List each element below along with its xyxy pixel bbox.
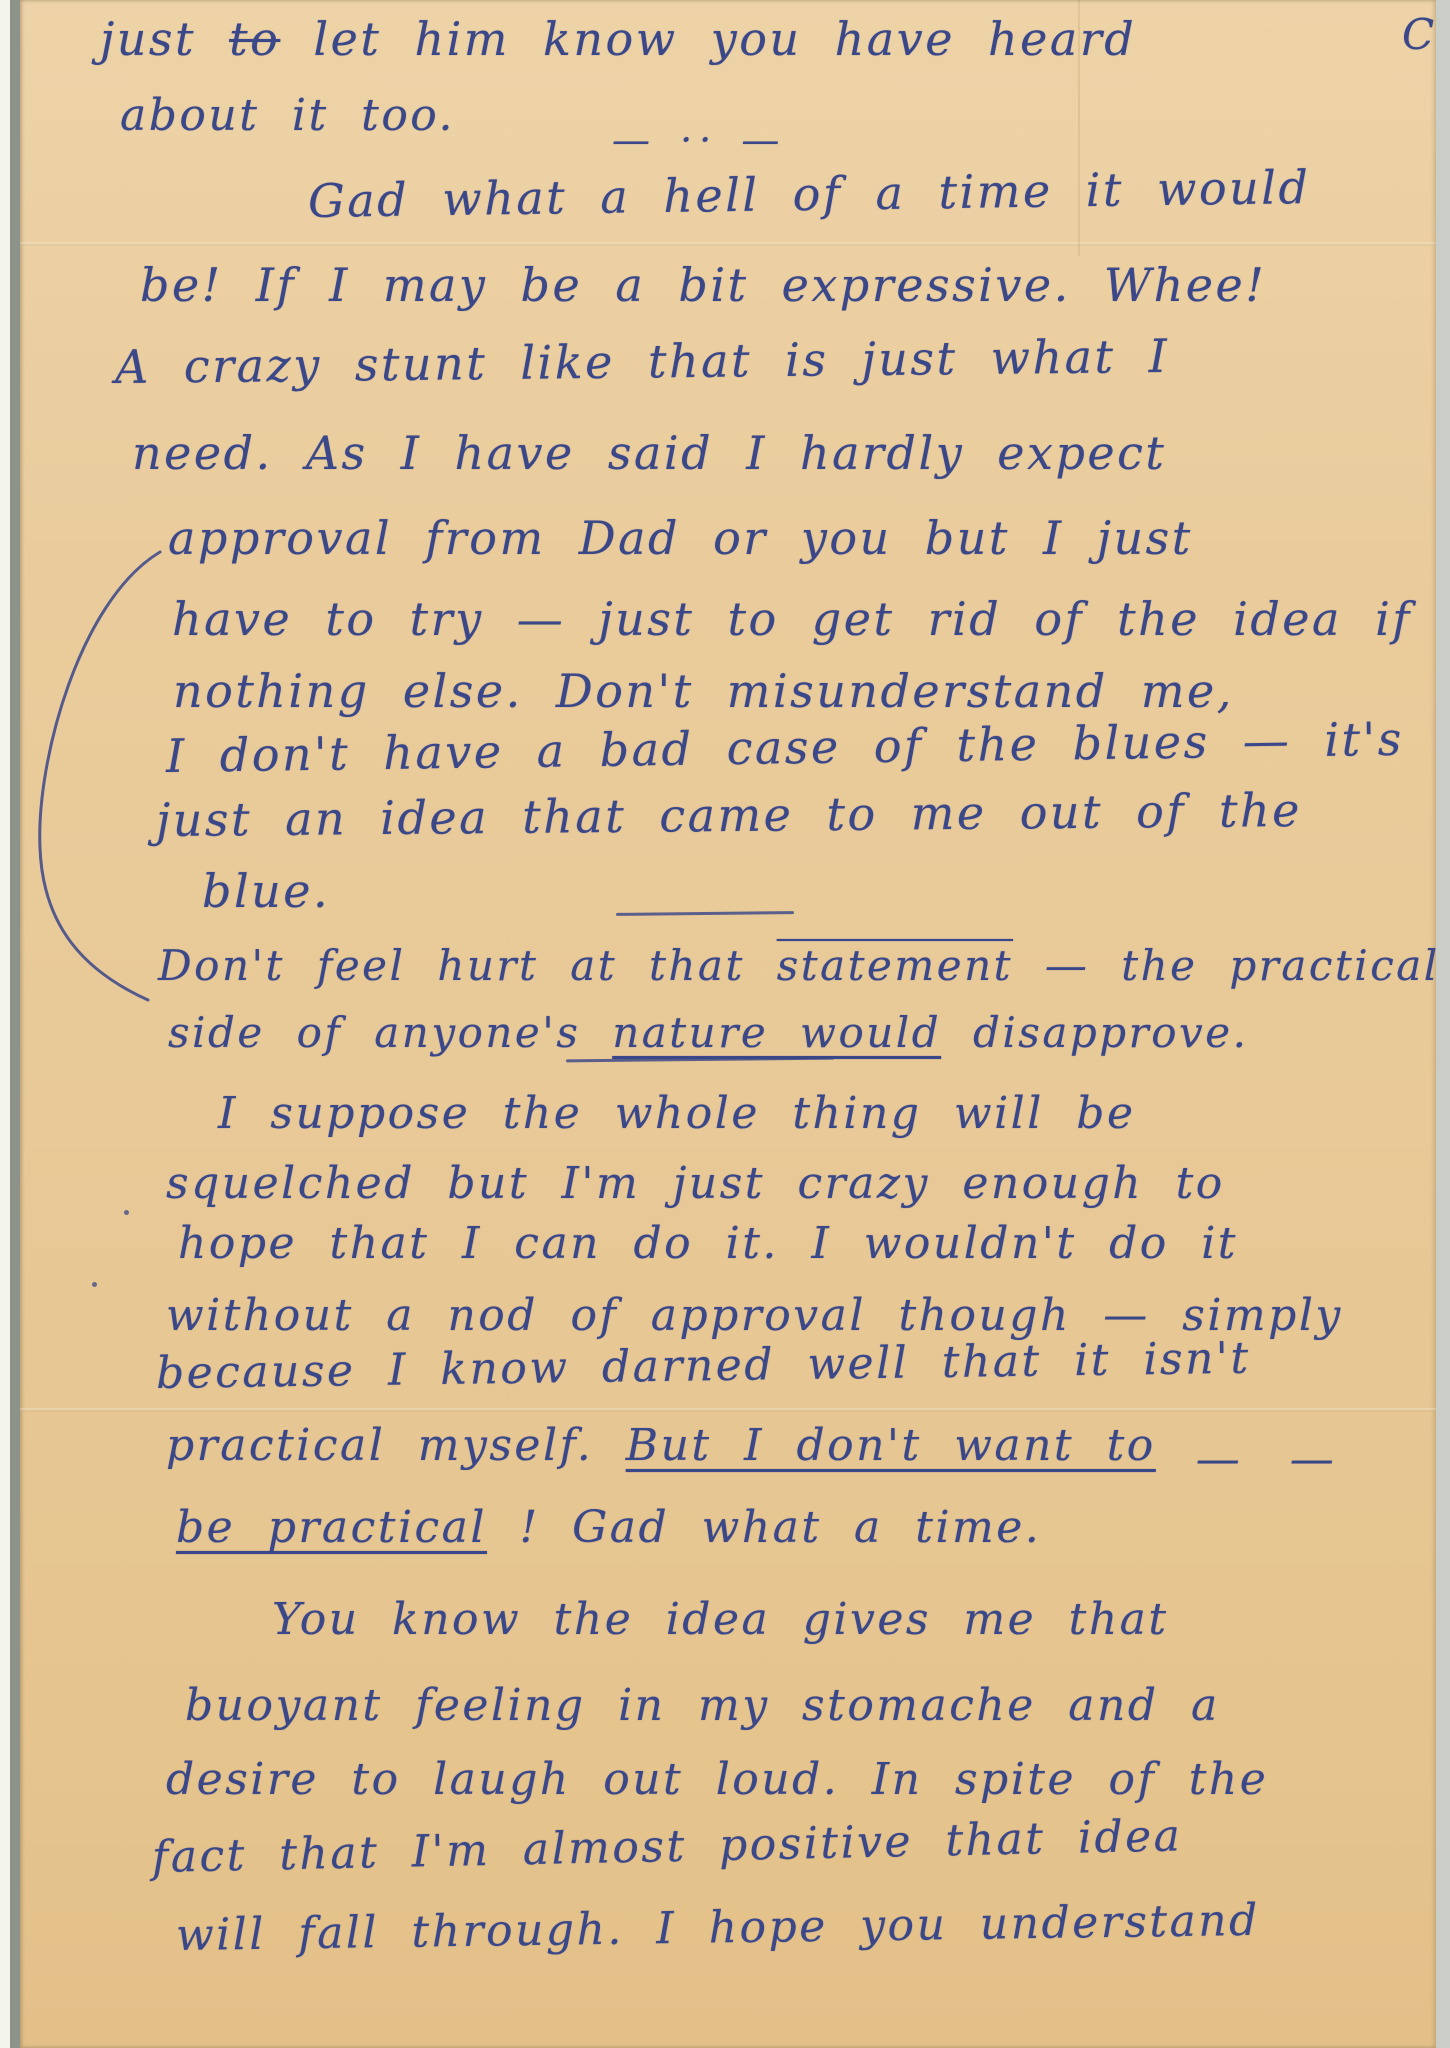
text-segment: But I don't want to — [626, 1420, 1156, 1471]
text-segment: practical myself. — [166, 1420, 626, 1471]
text-segment: will fall through. I hope you understand — [176, 1895, 1260, 1961]
text-segment: ! Gad what a time. — [487, 1502, 1041, 1553]
handwritten-line: — ·· — — [612, 120, 786, 162]
handwritten-line: desire to laugh out loud. In spite of th… — [166, 1756, 1268, 1804]
text-segment: approval from Dad or you but I just — [168, 511, 1193, 565]
text-segment: just an idea that came to me out of the — [156, 783, 1302, 847]
scan-background-strip — [1436, 0, 1450, 2048]
handwritten-line: because I know darned well that it isn't — [156, 1335, 1251, 1399]
handwritten-line: be practical ! Gad what a time. — [176, 1504, 1041, 1552]
text-segment: about it too. — [120, 90, 455, 141]
text-segment: statement — [777, 941, 1013, 990]
text-segment: disapprove. — [941, 1008, 1248, 1057]
text-segment: have to try — just to get rid of the ide… — [172, 592, 1412, 646]
handwritten-line: approval from Dad or you but I just — [168, 513, 1193, 564]
text-segment: — the practical — [1013, 941, 1440, 990]
handwritten-line: Don't feel hurt at that statement — the … — [158, 943, 1440, 989]
handwritten-line: I suppose the whole thing will be — [218, 1090, 1136, 1138]
handwritten-line: need. As I have said I hardly expect — [132, 428, 1166, 479]
text-segment: — ·· — — [612, 118, 786, 162]
scanned-letter-page: { "page": { "corner_mark": "C", "colors"… — [0, 0, 1450, 2048]
text-segment: buoyant feeling in my stomache and a — [185, 1680, 1220, 1731]
handwritten-line: hope that I can do it. I wouldn't do it — [178, 1220, 1238, 1268]
text-segment: desire to laugh out loud. In spite of th… — [166, 1754, 1268, 1805]
text-segment: — — — [1156, 1434, 1344, 1485]
text-segment: let him know you have heard — [280, 12, 1136, 66]
letter-paper: C just to let him know you have heardabo… — [20, 0, 1436, 2048]
page-letter-mark: C — [1402, 12, 1437, 58]
text-segment: I suppose the whole thing will be — [218, 1088, 1136, 1139]
ink-dot — [124, 1210, 129, 1215]
handwritten-line: will fall through. I hope you understand — [176, 1897, 1260, 1961]
text-segment: because I know darned well that it isn't — [156, 1333, 1251, 1399]
scan-background-strip — [0, 0, 10, 2048]
paper-crease — [20, 1408, 1436, 1412]
text-segment: nature would — [612, 1008, 941, 1057]
text-segment: I don't have a bad case of the blues — i… — [166, 712, 1405, 783]
text-segment: to — [229, 12, 280, 66]
text-segment: squelched but I'm just crazy enough to — [166, 1158, 1225, 1209]
text-segment: You know the idea gives me that — [272, 1594, 1169, 1645]
text-segment: be! If I may be a bit expressive. Whee! — [140, 258, 1266, 312]
handwritten-line: Gad what a hell of a time it would — [308, 162, 1311, 227]
paper-crease — [20, 242, 1436, 246]
handwritten-line: You know the idea gives me that — [272, 1596, 1169, 1644]
paper-left-edge — [10, 0, 20, 2048]
handwritten-line: about it too. — [120, 92, 455, 140]
text-segment: side of anyone's — [168, 1008, 612, 1057]
text-segment: hope that I can do it. I wouldn't do it — [178, 1218, 1238, 1269]
handwritten-line: side of anyone's nature would disapprove… — [168, 1010, 1248, 1056]
handwritten-line: just an idea that came to me out of the — [156, 785, 1302, 846]
handwritten-line: have to try — just to get rid of the ide… — [172, 594, 1412, 645]
handwritten-line: just to let him know you have heard — [100, 14, 1136, 65]
text-segment: Don't feel hurt at that — [158, 941, 777, 990]
ink-divider-rule — [616, 911, 794, 916]
handwritten-line: be! If I may be a bit expressive. Whee! — [140, 260, 1266, 311]
handwritten-line: fact that I'm almost positive that idea — [151, 1812, 1182, 1882]
ink-dot — [92, 1282, 97, 1287]
ink-divider-rule — [566, 1057, 834, 1063]
handwritten-line: nothing else. Don't misunderstand me, — [173, 666, 1234, 717]
text-segment: need. As I have said I hardly expect — [132, 426, 1166, 480]
text-segment: Gad what a hell of a time it would — [308, 160, 1311, 228]
text-segment: fact that I'm almost positive that idea — [151, 1810, 1182, 1883]
text-segment: be practical — [176, 1502, 487, 1553]
text-segment: nothing else. Don't misunderstand me, — [173, 664, 1234, 718]
text-segment: A crazy stunt like that is just what I — [115, 329, 1170, 394]
handwritten-line: buoyant feeling in my stomache and a — [185, 1682, 1220, 1730]
handwritten-line: blue. — [202, 866, 330, 917]
handwritten-line: I don't have a bad case of the blues — i… — [166, 714, 1405, 782]
text-segment: blue. — [202, 864, 330, 918]
text-segment: just — [100, 12, 229, 66]
handwritten-line: A crazy stunt like that is just what I — [115, 331, 1170, 393]
handwritten-line: squelched but I'm just crazy enough to — [166, 1160, 1225, 1208]
handwritten-line: practical myself. But I don't want to — … — [166, 1422, 1344, 1470]
